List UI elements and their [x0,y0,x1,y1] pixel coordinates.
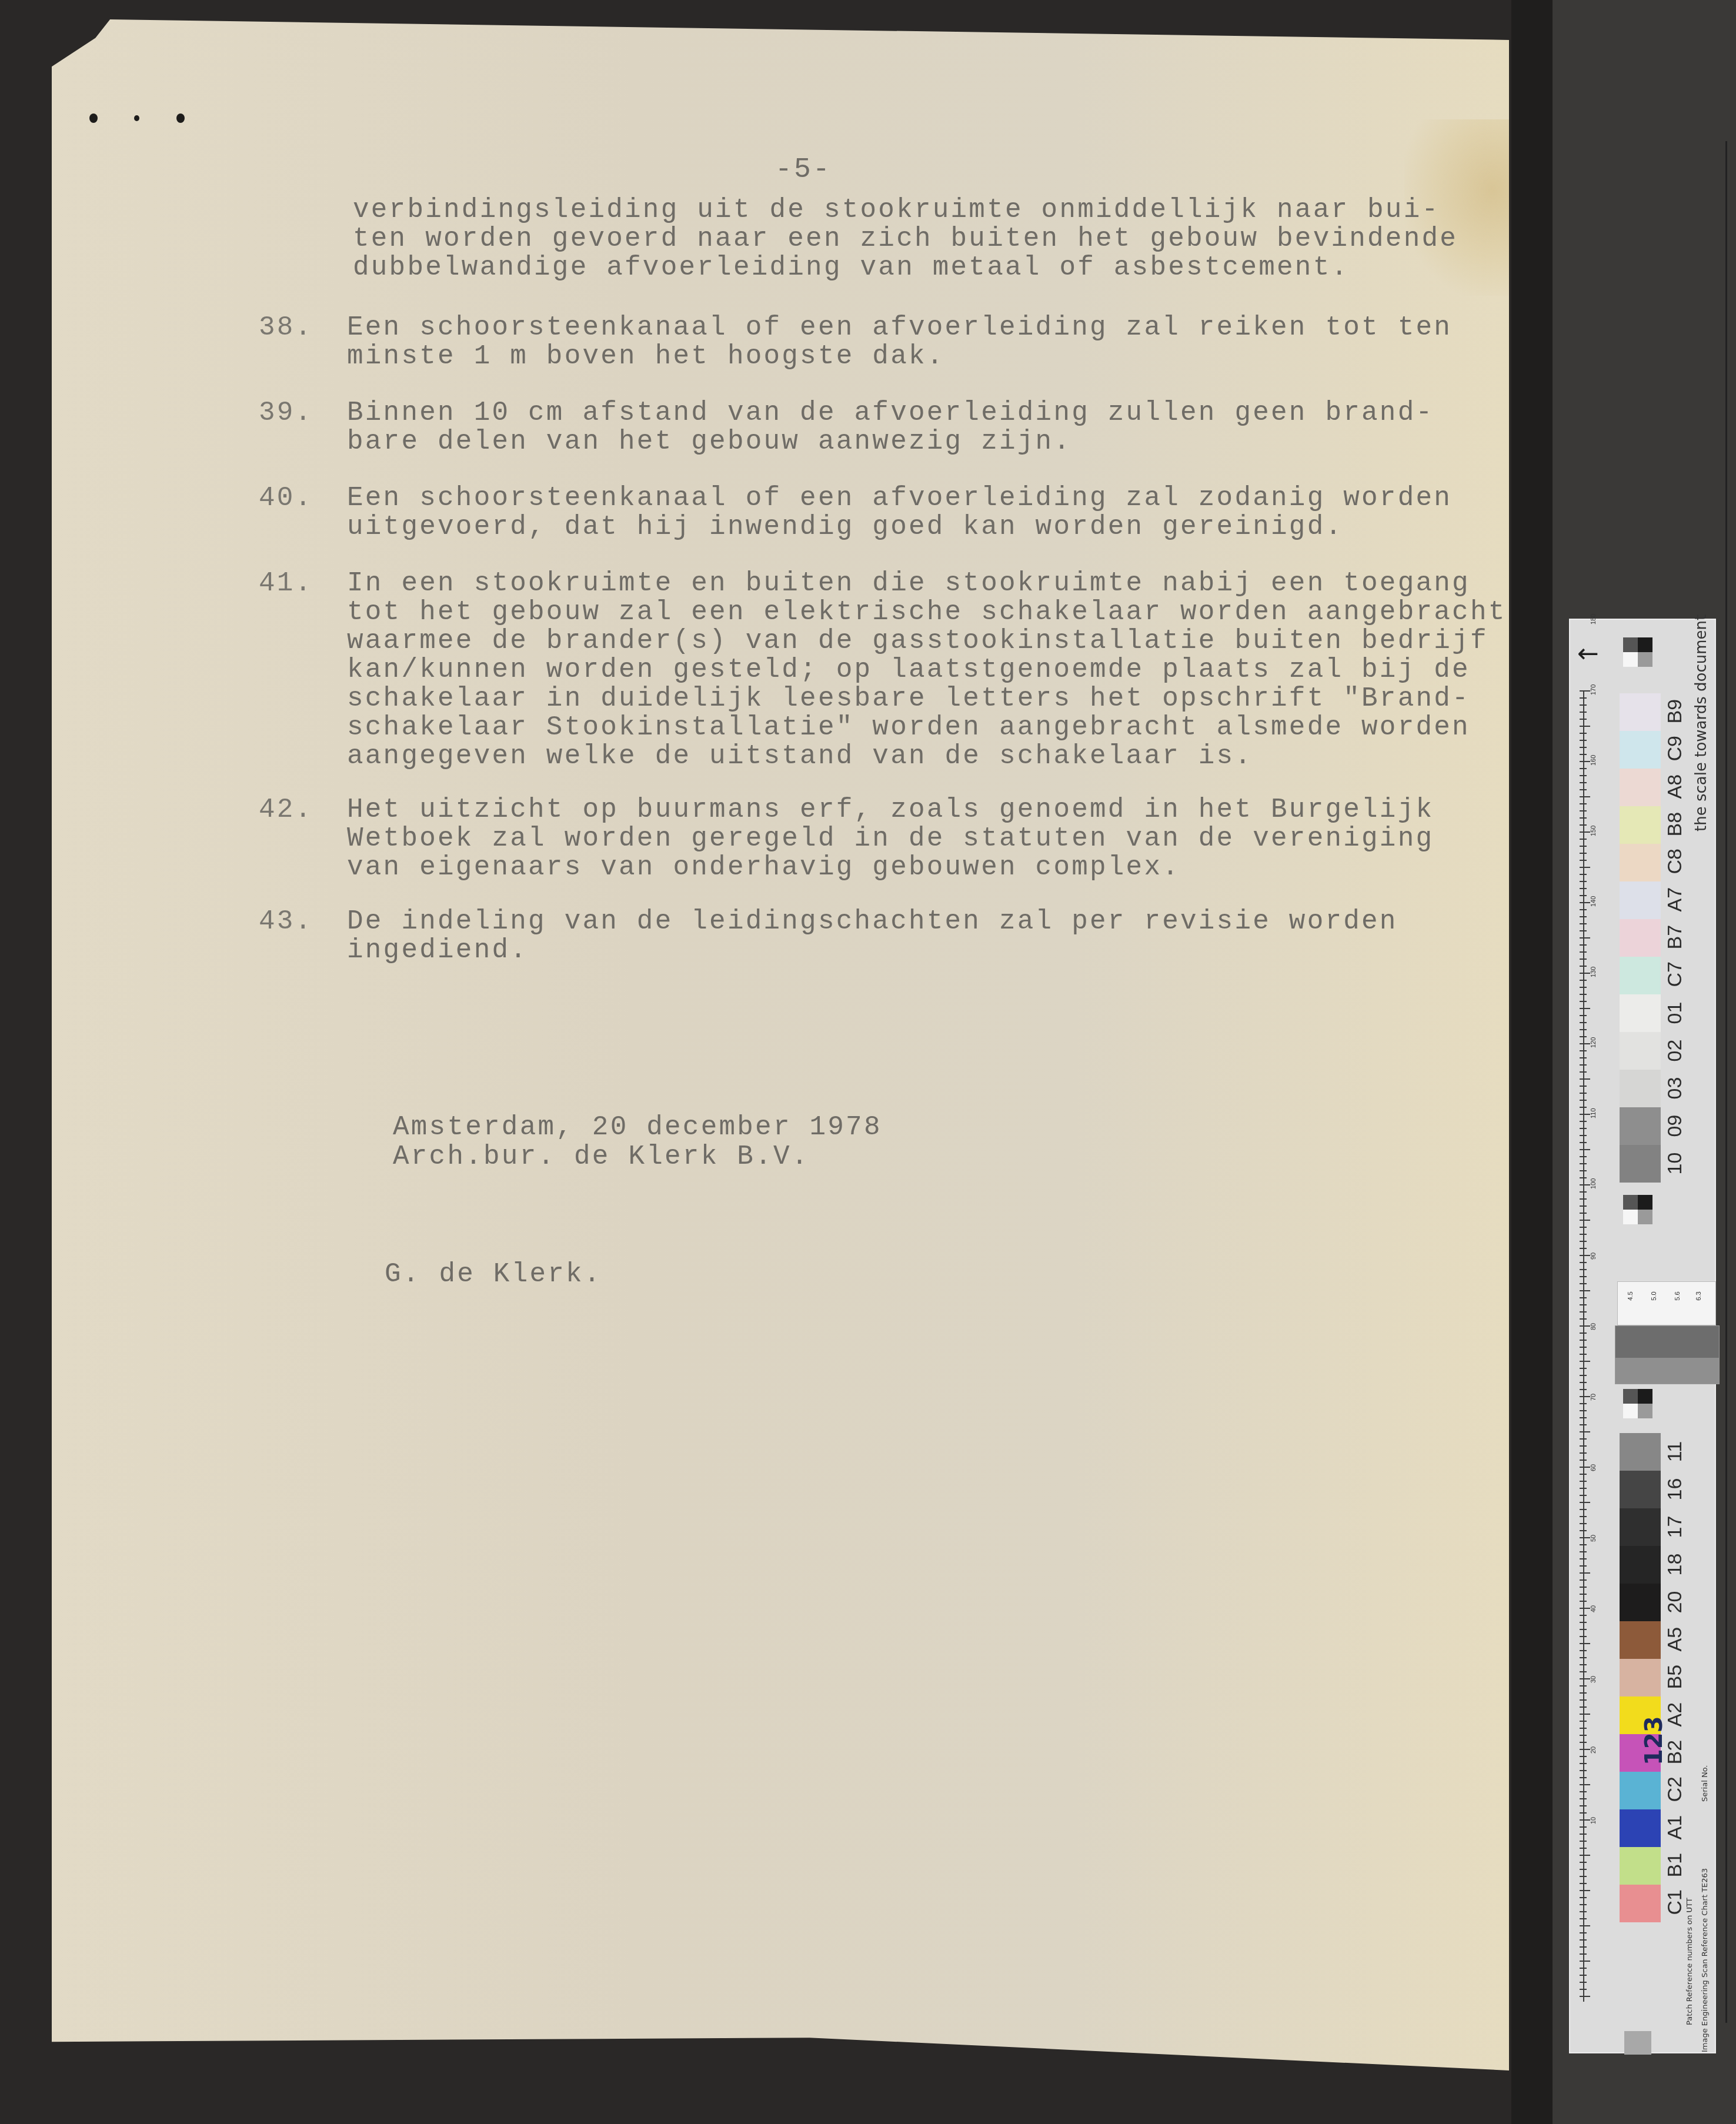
color-patch [1620,1584,1661,1621]
ruler-label: 120 [1590,1037,1597,1048]
item-number: 41. [259,569,313,598]
color-patch [1620,1847,1661,1885]
patch-label: B1 [1664,1854,1687,1878]
color-patch [1620,1145,1661,1183]
arrow-left-icon: ← [1577,641,1599,667]
patch-label: B9 [1664,700,1687,724]
color-patch [1620,806,1661,844]
patch-label: C1 [1664,1892,1687,1915]
patch-label: C7 [1664,964,1687,987]
grey-target-icon [1623,1195,1652,1224]
patch-label: C8 [1664,851,1687,874]
color-patch [1620,1772,1661,1809]
patch-label: 16 [1664,1478,1687,1501]
item-number: 39. [259,399,313,428]
patch-reference-caption: Patch Reference numbers on UTT [1685,1898,1694,2025]
barcode-patch [1624,2031,1651,2055]
patch-label: B8 [1664,813,1687,837]
patch-label: B7 [1664,926,1687,950]
patch-label: 11 [1664,1440,1687,1464]
item-text: Het uitzicht op buurmans erf, zoals geno… [347,796,1434,882]
item-text: Een schoorsteenkanaal of een afvoerleidi… [347,484,1452,542]
ruler-label: 30 [1590,1676,1597,1683]
ruler-label: 80 [1590,1323,1597,1330]
grey-card [1615,1325,1720,1384]
patch-label: A7 [1664,889,1687,912]
ruler-label: 40 [1590,1605,1597,1612]
patch-label: 18 [1664,1553,1687,1577]
color-patch [1620,957,1661,994]
color-patch [1620,693,1661,731]
color-patch [1620,994,1661,1032]
color-patch [1620,844,1661,881]
patch-label: A8 [1664,776,1687,799]
folder-gap [1511,0,1558,2124]
patch-label: 03 [1664,1077,1687,1100]
ruler-label: 150 [1590,826,1597,836]
patch-label: C2 [1664,1779,1687,1802]
grey-target-icon [1623,1389,1652,1418]
item-text: De indeling van de leidingschachten zal … [347,907,1398,965]
ruler-label: 70 [1590,1394,1597,1401]
patch-label: A5 [1664,1628,1687,1652]
patch-label: B5 [1664,1666,1687,1689]
chart-caption: Image Engineering Scan Reference Chart T… [1701,1868,1710,2052]
ruler-scale [1583,690,1584,2002]
patch-label: C9 [1664,738,1687,762]
ruler-label: 170 [1590,684,1597,695]
ruler-label: 100 [1590,1178,1597,1189]
item-text: In een stookruimte en buiten die stookru… [347,569,1507,771]
color-patch [1620,1809,1661,1847]
color-patch [1620,1433,1661,1471]
ruler-label: 50 [1590,1535,1597,1542]
ruler-label: 140 [1590,896,1597,907]
color-patch [1620,731,1661,769]
strip-caption-top: the scale towards document [1692,615,1710,831]
patch-label: A1 [1664,1816,1687,1840]
color-patch [1620,1070,1661,1107]
ruler-label: 110 [1590,1108,1597,1118]
color-patch [1620,1659,1661,1696]
ruler-label: 180 [1590,614,1597,624]
color-patch [1620,1546,1661,1584]
board-edge [1725,141,1727,2023]
patch-label: 01 [1664,1001,1687,1025]
color-patch [1620,919,1661,957]
color-patch [1620,769,1661,806]
scan-reference-strip: ← the scale towards document B9C9A8B8C8A… [1569,619,1716,2053]
ruler-label: 10 [1590,1817,1597,1824]
patch-label: 17 [1664,1515,1687,1539]
color-patch [1620,1621,1661,1659]
item-number: 40. [259,484,313,513]
color-patch [1620,1508,1661,1546]
item-text: Binnen 10 cm afstand van de afvoerleidin… [347,399,1434,456]
ruler-label: 20 [1590,1746,1597,1754]
patch-label: 20 [1664,1591,1687,1614]
punch-mark [89,113,98,123]
patch-label: 10 [1664,1152,1687,1175]
ruler-label: 60 [1590,1464,1597,1471]
patch-label: 02 [1664,1039,1687,1063]
serial-label: Serial No. [1701,1765,1710,1802]
color-patch [1620,1107,1661,1145]
item-number: 43. [259,907,313,936]
page-number: -5- [775,156,832,185]
item-number: 38. [259,313,313,342]
continuation-paragraph: verbindingsleiding uit de stookruimte on… [353,196,1458,282]
item-number: 42. [259,796,313,824]
serial-number-handwritten: 123 [1641,1716,1668,1766]
patch-label: 09 [1664,1114,1687,1138]
color-patch [1620,1032,1661,1070]
color-patch [1620,1471,1661,1508]
ruler-label: 130 [1590,967,1597,977]
color-patch [1620,881,1661,919]
punch-mark [134,115,139,121]
ruler-label: 90 [1590,1253,1597,1260]
resolution-target: 4.5 5.0 5.6 6.3 [1617,1281,1716,1325]
punch-mark [176,113,185,123]
firm-name: Arch.bur. de Klerk B.V. [393,1143,810,1171]
document-page: -5- verbindingsleiding uit de stookruimt… [52,19,1509,2070]
grey-target-icon [1623,637,1652,667]
color-patch [1620,1885,1661,1922]
item-text: Een schoorsteenkanaal of een afvoerleidi… [347,313,1452,371]
signatory: G. de Klerk. [385,1260,602,1289]
place-date: Amsterdam, 20 december 1978 [393,1113,882,1142]
ruler-label: 160 [1590,755,1597,766]
